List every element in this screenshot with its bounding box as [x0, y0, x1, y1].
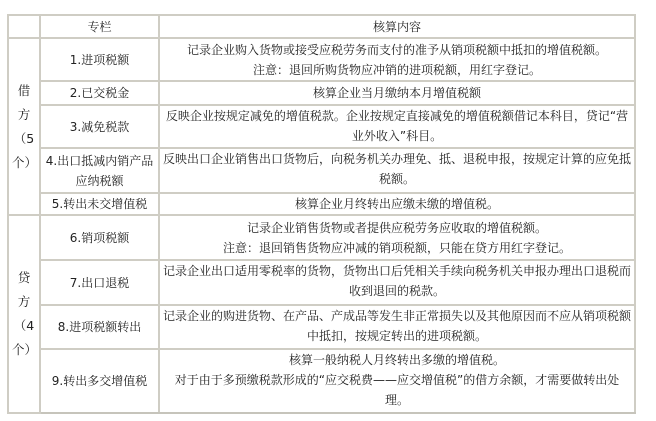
credit-label-line: 个） [12, 342, 37, 357]
header-row: 专栏 核算内容 [8, 15, 635, 38]
content-cell: 记录企业的购进货物、在产品、产成品等发生非正常损失以及其他原因而不应从销项税额中… [159, 305, 635, 349]
content-cell: 记录企业出口适用零税率的货物，货物出口后凭相关手续向税务机关申报办理出口退税而收… [159, 260, 635, 305]
content-cell: 反映企业按规定减免的增值税款。企业按规定直接减免的增值税额借记本科目，贷记“营业… [159, 105, 635, 148]
header-empty-cell [8, 15, 40, 38]
table-row: 9.转出多交增值税 核算一般纳税人月终转出多缴的增值税。 对于由于多预缴税款形成… [8, 349, 635, 413]
header-column-title: 专栏 [40, 15, 159, 38]
content-line: 对于由于多预缴税款形成的“应交税费——应交增值税”的借方余额，才需要做转出处理。 [163, 370, 631, 410]
content-note: 注意：退回所购货物应冲销的进项税额，用红字登记。 [163, 60, 631, 80]
content-line: 记录企业出口适用零税率的货物，货物出口后凭相关手续向税务机关申报办理出口退税而收… [163, 261, 631, 301]
column-name-cell: 5.转出未交增值税 [40, 193, 159, 215]
credit-side-label: 贷方 （4 个） [8, 215, 40, 413]
column-name-cell: 7.出口退税 [40, 260, 159, 305]
content-line: 核算企业当月缴纳本月增值税额 [163, 83, 631, 103]
content-cell: 记录企业销售货物或者提供应税劳务应收取的增值税额。 注意：退回销售货物应冲减的销… [159, 215, 635, 260]
table-row: 3.减免税款 反映企业按规定减免的增值税款。企业按规定直接减免的增值税额借记本科… [8, 105, 635, 148]
content-note: 注意：退回销售货物应冲减的销项税额，只能在贷方用红字登记。 [163, 238, 631, 258]
content-line: 反映企业按规定减免的增值税款。企业按规定直接减免的增值税额借记本科目，贷记“营业… [163, 106, 631, 146]
content-line: 核算一般纳税人月终转出多缴的增值税。 [163, 350, 631, 370]
content-line: 核算企业月终转出应缴未缴的增值税。 [163, 194, 631, 214]
content-line: 记录企业的购进货物、在产品、产成品等发生非正常损失以及其他原因而不应从销项税额中… [163, 306, 631, 346]
content-line: 记录企业购入货物或接受应税劳务而支付的准予从销项税额中抵扣的增值税额。 [163, 40, 631, 60]
vat-subaccount-table: 专栏 核算内容 借方 （5 个） 1.进项税额 记录企业购入货物或接受应税劳务而… [7, 14, 636, 414]
credit-label-line: （4 [14, 318, 34, 333]
content-line: 记录企业销售货物或者提供应税劳务应收取的增值税额。 [163, 218, 631, 238]
column-name-cell: 8.进项税额转出 [40, 305, 159, 349]
content-cell: 核算企业当月缴纳本月增值税额 [159, 81, 635, 105]
content-cell: 记录企业购入货物或接受应税劳务而支付的准予从销项税额中抵扣的增值税额。 注意：退… [159, 38, 635, 81]
column-name-cell: 3.减免税款 [40, 105, 159, 148]
content-cell: 核算一般纳税人月终转出多缴的增值税。 对于由于多预缴税款形成的“应交税费——应交… [159, 349, 635, 413]
debit-side-label: 借方 （5 个） [8, 38, 40, 215]
table-row: 贷方 （4 个） 6.销项税额 记录企业销售货物或者提供应税劳务应收取的增值税额… [8, 215, 635, 260]
debit-label-line: （5 [14, 131, 34, 146]
content-cell: 核算企业月终转出应缴未缴的增值税。 [159, 193, 635, 215]
table-row: 2.已交税金 核算企业当月缴纳本月增值税额 [8, 81, 635, 105]
table-row: 4.出口抵减内销产品应纳税额 反映出口企业销售出口货物后，向税务机关办理免、抵、… [8, 148, 635, 193]
content-line: 反映出口企业销售出口货物后，向税务机关办理免、抵、退税申报，按规定计算的应免抵税… [163, 149, 631, 189]
column-name-cell: 6.销项税额 [40, 215, 159, 260]
debit-label-line: 借方 [18, 83, 31, 122]
table-row: 借方 （5 个） 1.进项税额 记录企业购入货物或接受应税劳务而支付的准予从销项… [8, 38, 635, 81]
table-row: 5.转出未交增值税 核算企业月终转出应缴未缴的增值税。 [8, 193, 635, 215]
column-name-cell: 9.转出多交增值税 [40, 349, 159, 413]
table-row: 8.进项税额转出 记录企业的购进货物、在产品、产成品等发生非正常损失以及其他原因… [8, 305, 635, 349]
header-content-title: 核算内容 [159, 15, 635, 38]
debit-label-line: 个） [12, 155, 37, 170]
column-name-cell: 2.已交税金 [40, 81, 159, 105]
credit-label-line: 贷方 [18, 270, 31, 309]
column-name-cell: 4.出口抵减内销产品应纳税额 [40, 148, 159, 193]
column-name-cell: 1.进项税额 [40, 38, 159, 81]
table-row: 7.出口退税 记录企业出口适用零税率的货物，货物出口后凭相关手续向税务机关申报办… [8, 260, 635, 305]
content-cell: 反映出口企业销售出口货物后，向税务机关办理免、抵、退税申报，按规定计算的应免抵税… [159, 148, 635, 193]
